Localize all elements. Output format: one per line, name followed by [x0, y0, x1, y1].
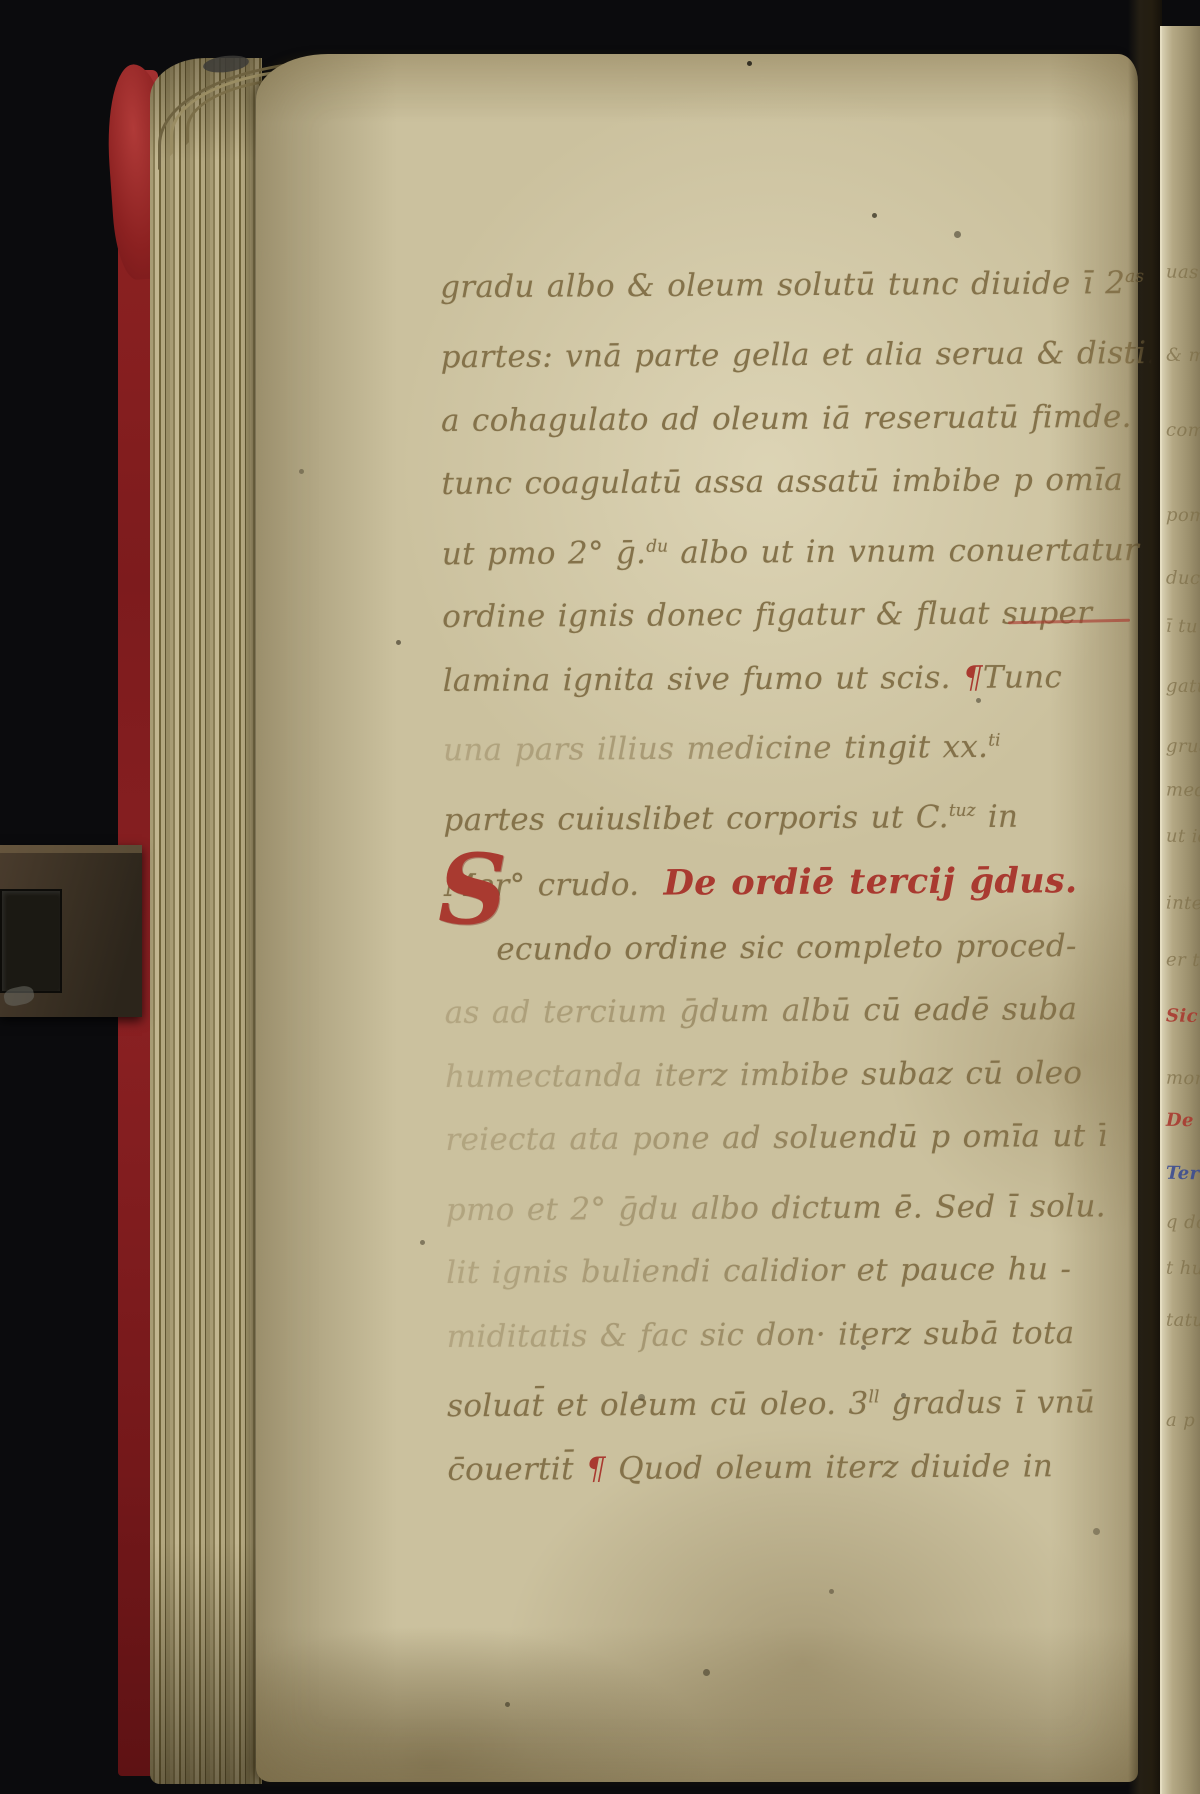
- text-line: pmo et 2° ḡdu albo dictum ē. Sed ī solu.…: [446, 1169, 1106, 1243]
- text-segment: tuz: [949, 801, 976, 821]
- page-fore-edges: [150, 58, 262, 1784]
- folio-text-fragment: medic: [1166, 780, 1200, 802]
- text-segment: humectanda iterz imbibe subaz cū oleo: [445, 1055, 1082, 1095]
- text-line: as ad tercium ḡdum albū cū eadē suba: [444, 978, 1104, 1046]
- folio-text-fragment: q dō: [1166, 1212, 1200, 1234]
- manuscript-page: gradu albo & oleum solutū tunc diuide ī …: [256, 54, 1138, 1782]
- strap-highlight: [0, 845, 142, 853]
- text-segment: a cohagulato ad oleum iā reseruatū fimde…: [441, 398, 1132, 438]
- rubric-segment: ¶: [586, 1451, 606, 1487]
- text-line: c̄ouertit̄ ¶ Quod oleum iterz diuide in: [447, 1435, 1107, 1503]
- text-segment: lit ignis buliendi calidior et pauce hu …: [446, 1252, 1071, 1292]
- text-block: gradu albo & oleum solutū tunc diuide ī …: [440, 246, 1108, 1503]
- drop-cap-initial: S: [438, 842, 507, 938]
- text-line: reiecta ata pone ad soluendū p omīa ut ī: [445, 1105, 1105, 1173]
- text-line: gradu albo & oleum solutū tunc diuide ī …: [440, 246, 1100, 320]
- folio-text-fragment: tatur: [1166, 1310, 1200, 1332]
- text-segment: ne: [1106, 1189, 1127, 1209]
- text-line: ut pmo 2° ḡ.du albo ut in vnum conuertat…: [442, 513, 1102, 587]
- folio-text-fragment: ut id: [1166, 826, 1200, 848]
- text-segment: ecundo ordine sic completo proced-: [496, 928, 1077, 968]
- text-line: partes cuiuslibet corporis ut C.tuz in: [443, 779, 1103, 853]
- text-segment: albo ut in vnum conuertatur: [668, 532, 1139, 571]
- text-line: humectanda iterz imbibe subaz cū oleo: [445, 1042, 1105, 1110]
- leather-strap: [0, 845, 142, 1017]
- folio-text-fragment: uas p: [1166, 262, 1200, 284]
- parchment-speckles: [0, 0, 3, 3]
- folio-text-fragment: & m: [1166, 345, 1200, 367]
- text-segment: pmo et 2° ḡdu albo dictum ē. Sed ī solu.: [446, 1188, 1106, 1228]
- folio-text-fragment: a p: [1166, 1410, 1196, 1432]
- text-line: lamina ignita sive fumo ut scis. ¶Tunc: [442, 646, 1102, 714]
- folio-text-fragment: pom: [1166, 505, 1200, 527]
- text-segment: soluat̄ et oleum cū oleo. 3: [447, 1386, 869, 1425]
- text-segment: gradu albo & oleum solutū tunc diuide ī …: [440, 265, 1125, 305]
- text-segment: lamina ignita sive fumo ut scis.: [443, 660, 964, 699]
- buckle-glint: [2, 984, 35, 1008]
- strap-buckle: [0, 889, 62, 993]
- text-line: ecundo ordine sic completo proced-: [444, 915, 1104, 983]
- text-segment: partes cuiuslibet corporis ut C.: [443, 800, 949, 839]
- folio-text-fragment: Ter: [1166, 1163, 1200, 1185]
- text-segment: in: [976, 799, 1019, 835]
- text-segment: gradus ī vnū: [879, 1385, 1095, 1422]
- text-segment: Tunc: [983, 659, 1062, 695]
- text-line: una pars illius medicine tingit xx.ti: [443, 709, 1103, 783]
- text-segment: Quod oleum iterz diuide in: [606, 1449, 1053, 1488]
- folio-text-fragment: com: [1166, 420, 1200, 442]
- text-segment: ti: [988, 731, 1000, 751]
- text-segment: ll: [868, 1388, 879, 1408]
- text-segment: du: [646, 536, 668, 556]
- folio-text-fragment: grua: [1166, 736, 1200, 758]
- folio-text-fragment: ī tu: [1166, 616, 1198, 638]
- text-line: tunc coagulatū assa assatū imbibe p omīa: [441, 449, 1101, 517]
- rubric-segment: ¶: [963, 660, 983, 696]
- text-line: a cohagulato ad oleum iā reseruatū fimde…: [441, 386, 1101, 454]
- folio-text-fragment: t hul: [1166, 1258, 1200, 1280]
- facing-folio-edge: uas p& mcompomduct ēī tugaturgruamedicut…: [1160, 26, 1200, 1794]
- text-segment: reiecta ata pone ad soluendū p omīa ut ī: [445, 1118, 1108, 1158]
- text-line: miditatis & fac sic don· iterz subā tota: [446, 1302, 1106, 1370]
- text-segment: miditatis & fac sic don· iterz subā tota: [447, 1315, 1075, 1355]
- folio-text-fragment: intelli: [1166, 893, 1200, 915]
- text-segment: ut pmo 2° ḡ.: [442, 535, 647, 572]
- text-segment: ordine ignis donec figatur & fluat super: [442, 596, 1092, 636]
- text-segment: c̄ouertit̄: [447, 1451, 586, 1488]
- text-line: ordine ignis donec figatur & fluat super: [442, 582, 1102, 650]
- folio-text-fragment: duct ē: [1166, 567, 1200, 589]
- folio-text-fragment: gatur: [1166, 676, 1200, 698]
- gutter-shadow: [1128, 0, 1162, 1794]
- text-segment: tunc coagulatū assa assatū imbibe p omīa: [441, 462, 1123, 502]
- text-line: partes: vnā parte gella et alia serua & …: [440, 316, 1100, 390]
- text-line: lit ignis buliendi calidior et pauce hu …: [446, 1238, 1106, 1306]
- text-segment: as ad tercium ḡdum albū cū eadē suba: [445, 991, 1078, 1031]
- folio-text-fragment: mor: [1166, 1068, 1200, 1090]
- folio-text-fragment: Sic trd: [1166, 1005, 1200, 1027]
- text-segment: una pars illius medicine tingit xx.: [443, 729, 988, 768]
- folio-text-fragment: er tt· p: [1166, 949, 1200, 971]
- text-line: Mer° crudo. De ordiē tercij ḡdus.: [444, 849, 1104, 919]
- folio-text-fragment: De: [1166, 1110, 1194, 1131]
- text-line: soluat̄ et oleum cū oleo. 3ll gradus ī v…: [447, 1365, 1107, 1439]
- text-segment: partes: vnā parte gella et alia serua & …: [441, 335, 1157, 375]
- manuscript-photo: gradu albo & oleum solutū tunc diuide ī …: [0, 0, 1200, 1794]
- rubric-segment: De ordiē tercij ḡdus.: [663, 860, 1077, 904]
